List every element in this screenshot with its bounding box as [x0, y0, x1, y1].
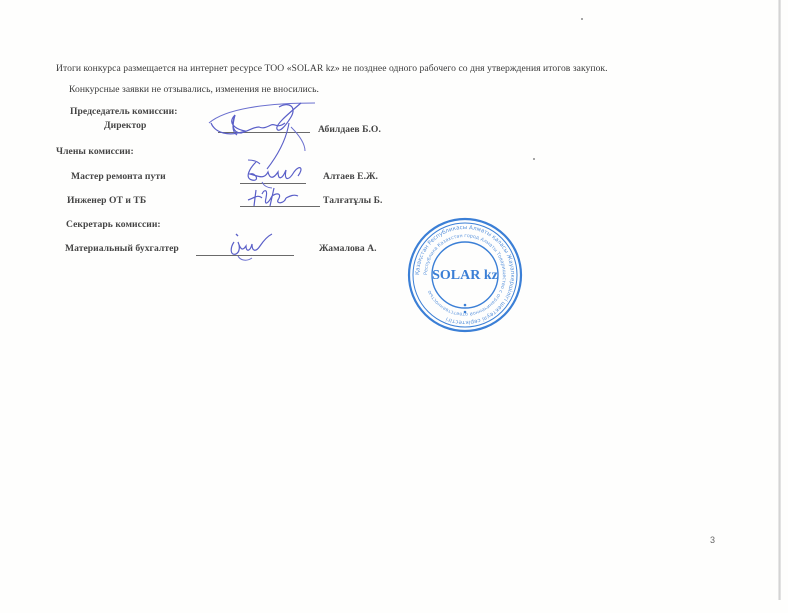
bids-notice-paragraph: Конкурсные заявки не отзывались, изменен…	[69, 84, 319, 95]
stamp-center-text: SOLAR kz	[432, 268, 498, 283]
member-name: Алтаев Е.Ж.	[323, 171, 378, 182]
member-name: Талғатұлы Б.	[323, 195, 382, 206]
secretary-signature-icon	[226, 228, 276, 264]
chairman-heading: Председатель комиссии:	[70, 106, 177, 117]
member-signature-icon	[242, 184, 302, 210]
page-number: 3	[710, 535, 715, 545]
results-notice-paragraph: Итоги конкурса размещается на интернет р…	[56, 63, 608, 74]
company-stamp-icon: Қазақстан Республикасы Алматы қаласы Жау…	[405, 215, 525, 335]
document-page: Итоги конкурса размещается на интернет р…	[0, 0, 788, 613]
page-edge-shadow	[778, 0, 781, 600]
secretary-heading: Секретарь комиссии:	[66, 219, 161, 230]
scan-speck	[581, 18, 583, 20]
secretary-name: Жамалова А.	[319, 243, 377, 254]
secretary-position: Материальный бухгалтер	[65, 243, 179, 254]
chairman-name: Абилдаев Б.О.	[318, 124, 381, 135]
scan-speck	[533, 158, 535, 160]
members-heading: Члены комиссии:	[56, 146, 134, 157]
member-position: Инженер ОТ и ТБ	[67, 195, 146, 206]
chairman-position: Директор	[104, 120, 146, 131]
member-position: Мастер ремонта пути	[71, 171, 166, 182]
